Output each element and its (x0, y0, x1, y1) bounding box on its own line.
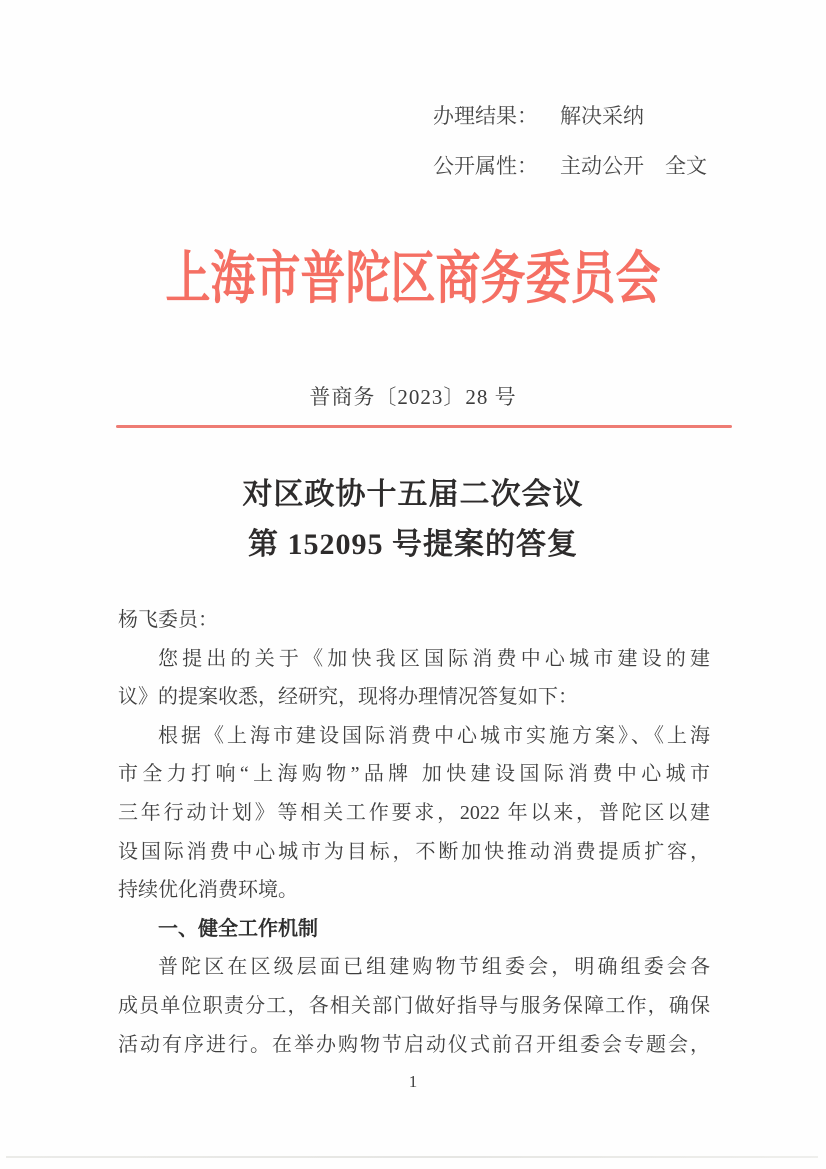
body-line: 根据《上海市建设国际消费中心城市实施方案》、《上海 (118, 717, 710, 756)
section-heading: 一、健全工作机制 (118, 910, 710, 949)
result-value: 解决采纳 (560, 102, 644, 130)
body-line: 设国际消费中心城市为目标，不断加快推动消费提质扩容， (118, 833, 710, 872)
document-title: 对区政协十五届二次会议 第 152095 号提案的答复 (0, 470, 826, 570)
body-line: 议》的提案收悉，经研究，现将办理情况答复如下： (118, 678, 710, 717)
title-line-1: 对区政协十五届二次会议 (0, 470, 826, 520)
body-line: 持续优化消费环境。 (118, 871, 710, 910)
body-line-salutation: 杨飞委员： (118, 601, 710, 640)
body-line: 普陀区在区级层面已组建购物节组委会，明确组委会各 (118, 948, 710, 987)
meta-row-result: 办理结果： 解决采纳 (433, 102, 707, 130)
document-page: 办理结果： 解决采纳 公开属性： 主动公开 全文 上海市普陀区商务委员会 普商务… (0, 0, 826, 1169)
meta-row-publicity: 公开属性： 主动公开 全文 (433, 152, 707, 180)
document-number: 普商务〔2023〕28 号 (0, 383, 826, 411)
result-label: 办理结果： (433, 102, 538, 130)
body-line: 成员单位职责分工，各相关部门做好指导与服务保障工作，确保 (118, 987, 710, 1026)
agency-letterhead: 上海市普陀区商务委员会 (0, 232, 826, 314)
scan-artifact-line (6, 1156, 818, 1158)
page-number: 1 (0, 1072, 826, 1092)
meta-block: 办理结果： 解决采纳 公开属性： 主动公开 全文 (433, 102, 707, 202)
body-line: 活动有序进行。在举办购物节启动仪式前召开组委会专题会， (118, 1026, 710, 1065)
title-line-2: 第 152095 号提案的答复 (0, 520, 826, 570)
body-line: 您提出的关于《加快我区国际消费中心城市建设的建 (118, 640, 710, 679)
red-divider-line (116, 425, 732, 428)
document-body: 杨飞委员： 您提出的关于《加快我区国际消费中心城市建设的建 议》的提案收悉，经研… (118, 601, 710, 1064)
body-line: 三年行动计划》等相关工作要求，2022 年以来，普陀区以建 (118, 794, 710, 833)
body-line: 市全力打响“上海购物”品牌 加快建设国际消费中心城市 (118, 755, 710, 794)
publicity-value: 主动公开 全文 (560, 152, 707, 180)
publicity-label: 公开属性： (433, 152, 538, 180)
